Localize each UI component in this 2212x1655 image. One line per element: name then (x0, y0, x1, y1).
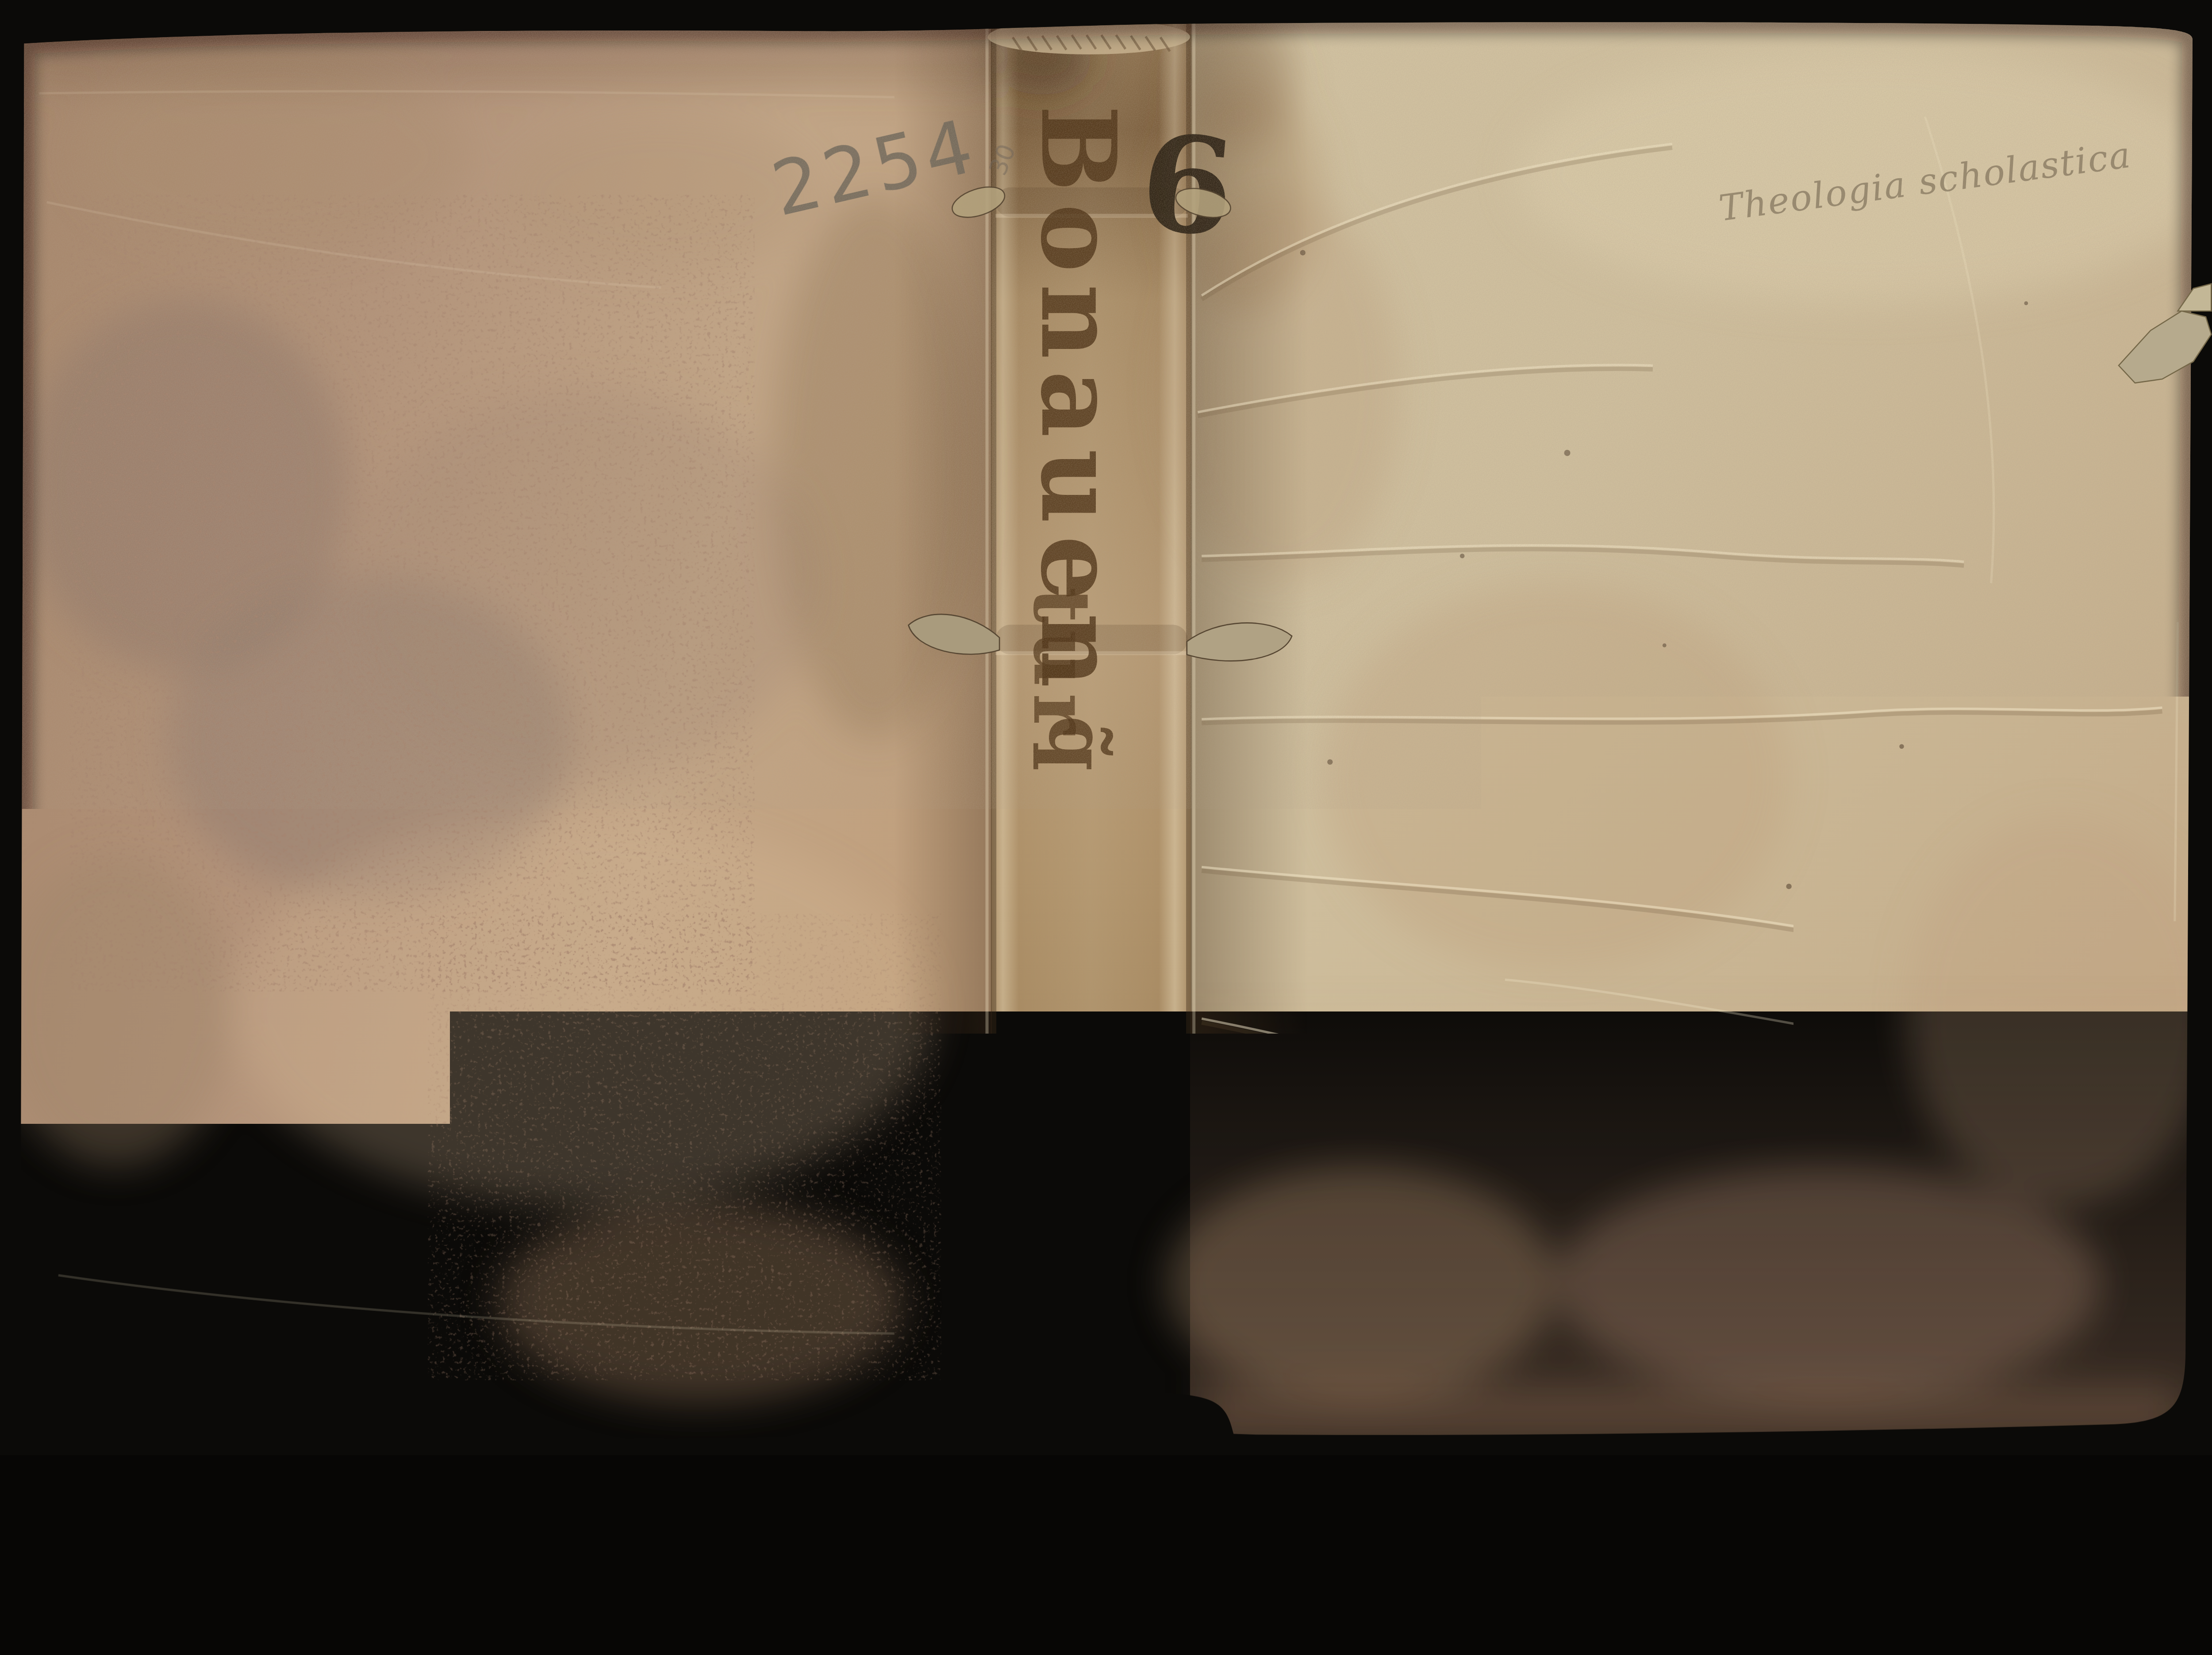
photo-open-vellum-binding: 2254 30 6 Theologia scholastica Bonauen … (0, 0, 2212, 1455)
shelf-label: B-19 3109 (974, 1140, 1226, 1290)
label-call-number-line2: 3109 (1028, 1212, 1153, 1260)
binding-photo-canvas: 2254 30 6 Theologia scholastica Bonauen … (0, 0, 2212, 1455)
